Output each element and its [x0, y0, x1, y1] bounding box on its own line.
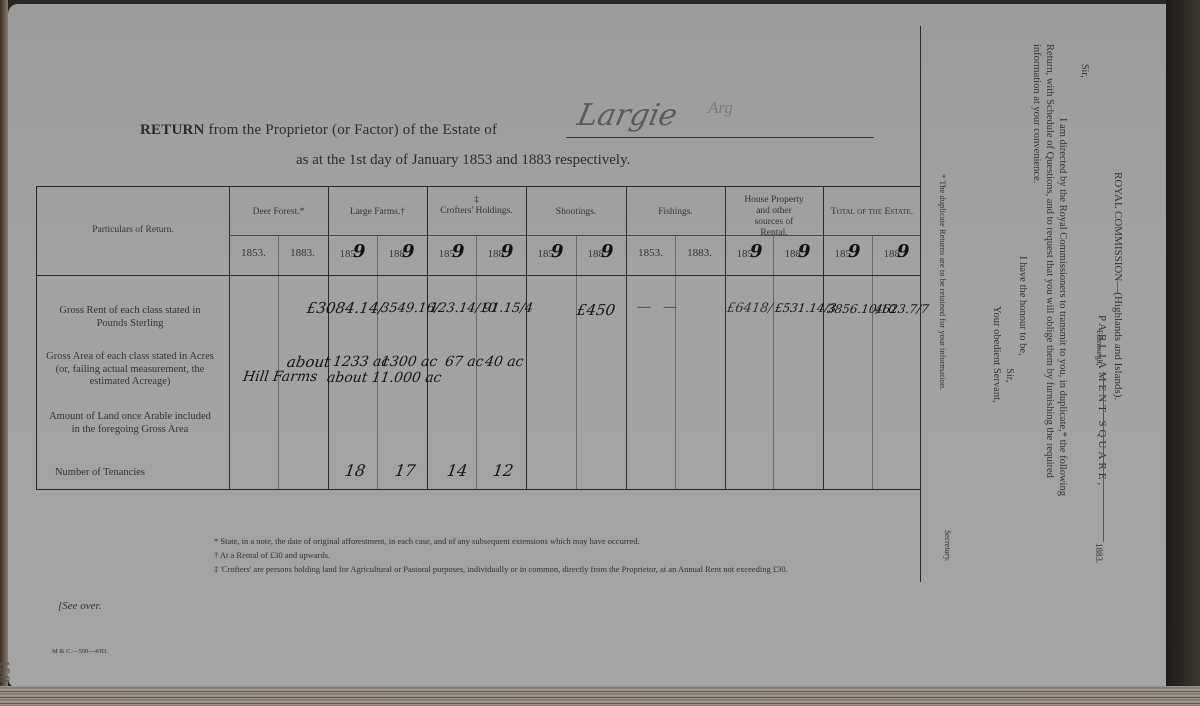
year-large-1859: 1859	[328, 241, 377, 262]
letter-closing-1: I have the honour to be,	[1017, 256, 1028, 356]
row-label-arable-land: Amount of Land once Arable included in t…	[45, 411, 215, 436]
row-label-tenancies: Number of Tenancies	[45, 467, 155, 480]
col-header-fishings: Fishings.	[626, 207, 725, 218]
title-rest: from the Proprietor (or Factor) of the E…	[205, 122, 498, 138]
year-crofters-1889: 1889	[476, 241, 525, 262]
letter-closing-2: Sir,	[1004, 368, 1015, 382]
year-crofters-1859: 1859	[427, 241, 476, 262]
row-label-gross-rent: Gross Rent of each class stated in Pound…	[45, 305, 215, 330]
col-header-house-property: House Property and other sources of Rent…	[741, 195, 807, 239]
year-shootings-1859: 1859	[526, 241, 575, 262]
year-fishings-1853: 1853.	[626, 247, 675, 259]
footnote-crofters: ‡ 'Crofters' are persons holding land fo…	[214, 562, 788, 576]
year-fishings-1883: 1883.	[675, 247, 724, 259]
year-house-1889: 1889	[773, 241, 822, 262]
letter-year: 1883.	[1094, 543, 1104, 563]
year-shootings-1889: 1889	[576, 241, 625, 262]
year-total-1889: 1889	[872, 241, 921, 262]
page-stack-edge	[0, 686, 1200, 706]
rent-shootings-1859: £450	[576, 301, 617, 319]
year-deer-1883: 1883.	[278, 247, 327, 259]
letter-body-line-3: information at your convenience.	[1031, 44, 1042, 183]
estate-name-handwritten: Largie	[574, 98, 680, 133]
crofters-label: Crofters' Holdings.	[440, 206, 512, 216]
col-header-large-farms: Large Farms.†	[328, 207, 427, 218]
tenancies-crofters-1859: 14	[446, 461, 469, 480]
footnote-afforestment: * State, in a note, the date of original…	[214, 534, 788, 548]
letter-closing-3: Your obedient Servant,	[991, 306, 1002, 403]
year-deer-1853: 1853.	[229, 247, 278, 259]
folio-number-right: 45	[1163, 627, 1179, 645]
return-title: RETURN from the Proprietor (or Factor) o…	[140, 122, 497, 139]
area-crofters-1889: 40 ac	[484, 354, 525, 370]
crofters-marker: ‡	[474, 195, 479, 205]
rent-house-1859: £6418/	[726, 301, 774, 316]
rent-crofters-1889: 91.15/4	[482, 301, 534, 316]
tenancies-large-farms-1889: 17	[394, 461, 417, 480]
letter-salutation: Sir,	[1079, 64, 1090, 78]
col-header-crofters-holdings: ‡ Crofters' Holdings.	[427, 195, 526, 217]
particulars-header: Particulars of Return.	[37, 225, 229, 236]
see-over-note: [See over.	[58, 600, 101, 612]
area-large-farms-1889: 1300 ac	[380, 354, 439, 370]
printer-mark: M & C.—500—4/83.	[52, 648, 108, 655]
return-subtitle: as at the 1st day of January 1853 and 18…	[296, 152, 630, 169]
area-crofters-1859: 67 ac	[444, 354, 485, 370]
letter-place: Edinburgh,	[1095, 330, 1104, 366]
area-deer-note-hill-farms: Hill Farms	[242, 369, 319, 385]
letter-signature-label: Secretary.	[943, 530, 952, 562]
year-large-1889: 1889	[377, 241, 426, 262]
table-footnotes: * State, in a note, the date of original…	[214, 534, 788, 576]
letter-divider	[920, 26, 921, 582]
year-house-1859: 1859	[725, 241, 774, 262]
page-edge-shadow	[1166, 0, 1200, 706]
row-label-gross-area: Gross Area of each class stated in Acres…	[45, 351, 215, 389]
col-header-total: Total of the Estate.	[823, 207, 921, 218]
return-table: Particulars of Return. Deer Forest.* Lar…	[36, 186, 920, 490]
book-spine-edge	[0, 0, 8, 706]
letter-body-line-1: I am directed by the Royal Commissioners…	[1057, 118, 1068, 496]
col-header-deer-forest: Deer Forest.*	[229, 207, 328, 218]
tenancies-large-farms-1859: 18	[344, 461, 367, 480]
year-total-1859: 1859	[823, 241, 872, 262]
estate-name-underline	[566, 137, 874, 138]
letter-body-line-2: Return, with Schedule of Questions, and …	[1044, 44, 1055, 478]
rent-total-1889: 4623.7/7	[874, 302, 930, 316]
col-header-shootings: Shootings.	[526, 207, 626, 218]
letter-date-line	[1103, 372, 1104, 542]
rent-fishings-dash: ——	[636, 299, 690, 315]
footnote-rental: † At a Rental of £30 and upwards.	[214, 548, 788, 562]
estate-annotation: Arg	[708, 98, 733, 118]
folio-number-left: 158	[0, 660, 12, 683]
rent-large-farms-1859: £3084.14/	[306, 299, 385, 317]
letter-footnote: * The duplicate Returns are to be retain…	[938, 174, 948, 390]
letter-heading: ROYAL COMMISSION—(Highlands and Islands)…	[1112, 172, 1124, 400]
tenancies-crofters-1889: 12	[492, 461, 515, 480]
title-prefix: RETURN	[140, 122, 205, 138]
area-large-farms-note: about 11.000 ac	[326, 370, 443, 386]
